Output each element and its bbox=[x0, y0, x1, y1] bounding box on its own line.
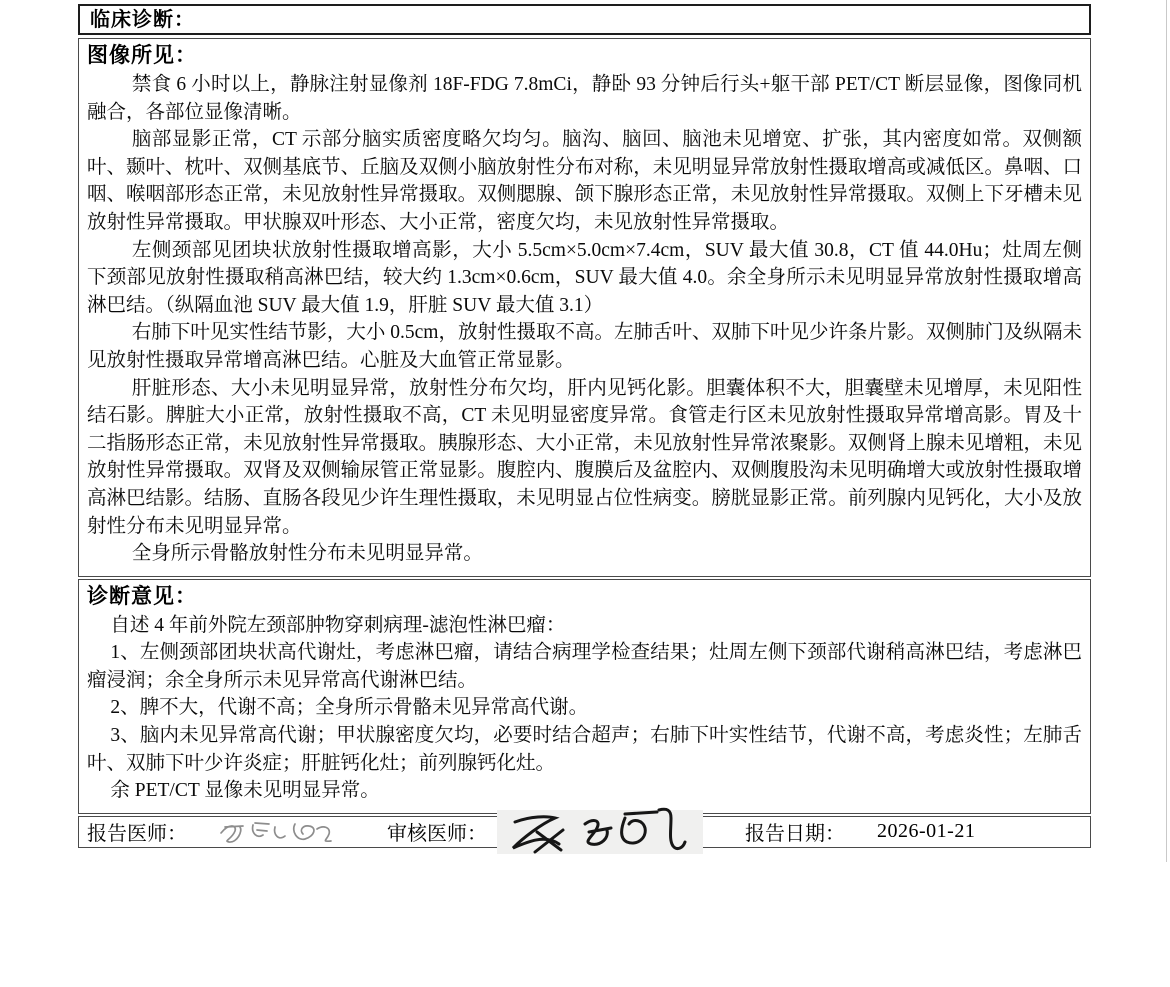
diagnostic-opinion-body: 自述 4 年前外院左颈部肿物穿刺病理-滤泡性淋巴瘤： 1、左侧颈部团块状高代谢灶… bbox=[87, 612, 1082, 805]
report-date-label: 报告日期： bbox=[745, 817, 845, 846]
diagnostic-opinion-section: 诊断意见： 自述 4 年前外院左颈部肿物穿刺病理-滤泡性淋巴瘤： 1、左侧颈部团… bbox=[78, 579, 1091, 814]
report-footer: 报告医师： 审核医师： bbox=[78, 816, 1091, 848]
findings-paragraph: 肝脏形态、大小未见明显异常，放射性分布欠均，肝内见钙化影。胆囊体积不大，胆囊壁未… bbox=[87, 375, 1082, 541]
opinion-paragraph: 自述 4 年前外院左颈部肿物穿刺病理-滤泡性淋巴瘤： bbox=[87, 612, 1082, 640]
clinical-diagnosis-section: 临床诊断： bbox=[78, 4, 1091, 35]
findings-paragraph: 全身所示骨骼放射性分布未见明显异常。 bbox=[87, 540, 1082, 568]
report-content: 临床诊断： 图像所见： 禁食 6 小时以上，静脉注射显像剂 18F-FDG 7.… bbox=[78, 4, 1091, 848]
findings-paragraph: 禁食 6 小时以上，静脉注射显像剂 18F-FDG 7.8mCi，静卧 93 分… bbox=[87, 71, 1082, 126]
image-findings-section: 图像所见： 禁食 6 小时以上，静脉注射显像剂 18F-FDG 7.8mCi，静… bbox=[78, 38, 1091, 577]
opinion-paragraph: 余 PET/CT 显像未见明显异常。 bbox=[87, 777, 1082, 805]
findings-paragraph: 左侧颈部见团块状放射性摄取增高影，大小 5.5cm×5.0cm×7.4cm，SU… bbox=[87, 237, 1082, 320]
review-doctor-label: 审核医师： bbox=[387, 817, 487, 846]
report-doctor-label: 报告医师： bbox=[87, 817, 187, 846]
findings-paragraph: 右肺下叶见实性结节影，大小 0.5cm，放射性摄取不高。左肺舌叶、双肺下叶见少许… bbox=[87, 319, 1082, 374]
review-doctor-signature-area bbox=[501, 816, 699, 848]
findings-paragraph: 脑部显影正常，CT 示部分脑实质密度略欠均匀。脑沟、脑回、脑池未见增宽、扩张，其… bbox=[87, 126, 1082, 236]
opinion-paragraph: 3、脑内未见异常高代谢；甲状腺密度欠均，必要时结合超声；右肺下叶实性结节，代谢不… bbox=[87, 722, 1082, 777]
image-findings-body: 禁食 6 小时以上，静脉注射显像剂 18F-FDG 7.8mCi，静卧 93 分… bbox=[87, 71, 1082, 568]
report-date-value: 2026-01-21 bbox=[877, 820, 975, 843]
review-doctor-signature-image bbox=[501, 804, 699, 856]
report-doctor-signature-image bbox=[213, 817, 345, 847]
image-findings-title: 图像所见： bbox=[87, 41, 1082, 71]
opinion-paragraph: 1、左侧颈部团块状高代谢灶，考虑淋巴瘤，请结合病理学检查结果；灶周左侧下颈部代谢… bbox=[87, 639, 1082, 694]
pet-ct-report-page: 临床诊断： 图像所见： 禁食 6 小时以上，静脉注射显像剂 18F-FDG 7.… bbox=[0, 0, 1170, 987]
diagnostic-opinion-title: 诊断意见： bbox=[87, 582, 1082, 612]
page-right-edge-line bbox=[1166, 0, 1167, 862]
clinical-diagnosis-title: 临床诊断： bbox=[90, 7, 195, 33]
opinion-paragraph: 2、脾不大，代谢不高；全身所示骨骼未见异常高代谢。 bbox=[87, 694, 1082, 722]
